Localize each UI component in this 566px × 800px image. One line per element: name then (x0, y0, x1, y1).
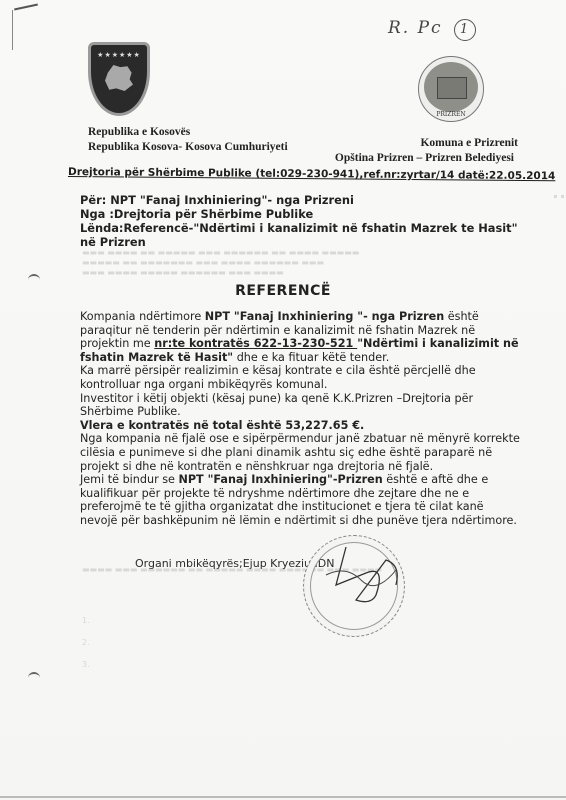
bleed-item: 1. (82, 610, 282, 632)
header-right-line: Opština Prizren – Prizren Belediyesi (335, 151, 514, 166)
handwritten-page-number: 1 (454, 19, 476, 41)
seal-label: PRIZREN (419, 111, 483, 118)
paragraph-3: Investitor i këtij objekti (kësaj pune) … (80, 392, 520, 419)
company-name: NPT "Fanaj Inxhiniering"-Prizren (179, 473, 383, 486)
scan-edge-mark (14, 4, 38, 11)
document-body: Kompania ndërtimore NPT "Fanaj Inxhinier… (80, 310, 520, 528)
punch-hole-icon (28, 672, 40, 680)
header-left: Republika e Kosovës Republika Kosova- Ko… (88, 125, 288, 155)
punch-hole-icon (28, 274, 40, 282)
header-right-line: Komuna e Prizrenit (335, 136, 518, 151)
document-title: REFERENCË (0, 283, 566, 299)
bleed-item: 2. (82, 632, 282, 654)
seal-image (424, 62, 478, 112)
header-left-line: Republika e Kosovës (88, 125, 288, 140)
signer-name: Organi mbikëqyrës;Ejup Kryeziu IDN (135, 557, 334, 570)
text: dhe e ka fituar këtë tender. (233, 351, 389, 364)
handwritten-note: R. Pc 1 (388, 18, 476, 41)
contract-number: nr:te kontratës 622-13-230-521 (154, 337, 357, 350)
reference-line: Drejtoria për Shërbime Publike (tel:029-… (68, 166, 555, 182)
scan-edge-mark (12, 10, 13, 50)
house-icon (437, 77, 467, 99)
paragraph-1: Kompania ndërtimore NPT "Fanaj Inxhinier… (80, 310, 520, 364)
address-from: Nga :Drejtoria për Shërbime Publike (80, 207, 518, 221)
address-block: Për: NPT "Fanaj Inxhiniering"- nga Prizr… (80, 193, 518, 249)
prizren-seal-icon: PRIZREN (418, 56, 484, 122)
header-left-line: Republika Kosova- Kosova Cumhuriyeti (88, 140, 288, 155)
kosovo-coat-of-arms-icon: ★★★★★★ (88, 42, 150, 116)
paragraph-6: Jemi të bindur se NPT "Fanaj Inxhinierin… (80, 473, 520, 527)
bleed-through-list: 1. 2. 3. (82, 610, 282, 676)
signature-icon (316, 545, 406, 605)
scanned-document-page: R. Pc 1 ★★★★★★ PRIZREN Republika e Kosov… (0, 0, 566, 800)
contract-value: Vlera e kontratës në total është 53,227.… (80, 419, 364, 432)
scan-bottom-edge (0, 796, 566, 798)
kosovo-map-icon (105, 65, 133, 91)
header-right: Komuna e Prizrenit Opština Prizren – Pri… (335, 136, 518, 166)
company-name: NPT "Fanaj Inxhiniering "- nga Prizren (205, 310, 444, 323)
paragraph-2: Ka marrë përsipër realizimin e kësaj kon… (80, 364, 520, 391)
handwritten-initials: R. Pc (388, 18, 443, 38)
text: Jemi të bindur se (80, 473, 179, 486)
stars-icon: ★★★★★★ (91, 51, 147, 59)
address-subject: Lënda:Referencë-"Ndërtimi i kanalizimit … (80, 221, 518, 235)
bleed-through-text: ▬▬▬ ▬▬▬▬ ▬▬ ▬▬▬▬▬ ▬▬▬ ▬▬▬▬▬▬ ▬▬ ▬▬▬▬ ▬▬▬… (82, 248, 512, 278)
address-subject-cont: në Prizren (80, 235, 518, 249)
text: Kompania ndërtimore (80, 310, 205, 323)
bleed-item: 3. (82, 654, 282, 676)
paragraph-5: Nga kompania në fjalë ose e sipërpërmend… (80, 432, 520, 473)
address-to: Për: NPT "Fanaj Inxhiniering"- nga Prizr… (80, 193, 518, 207)
